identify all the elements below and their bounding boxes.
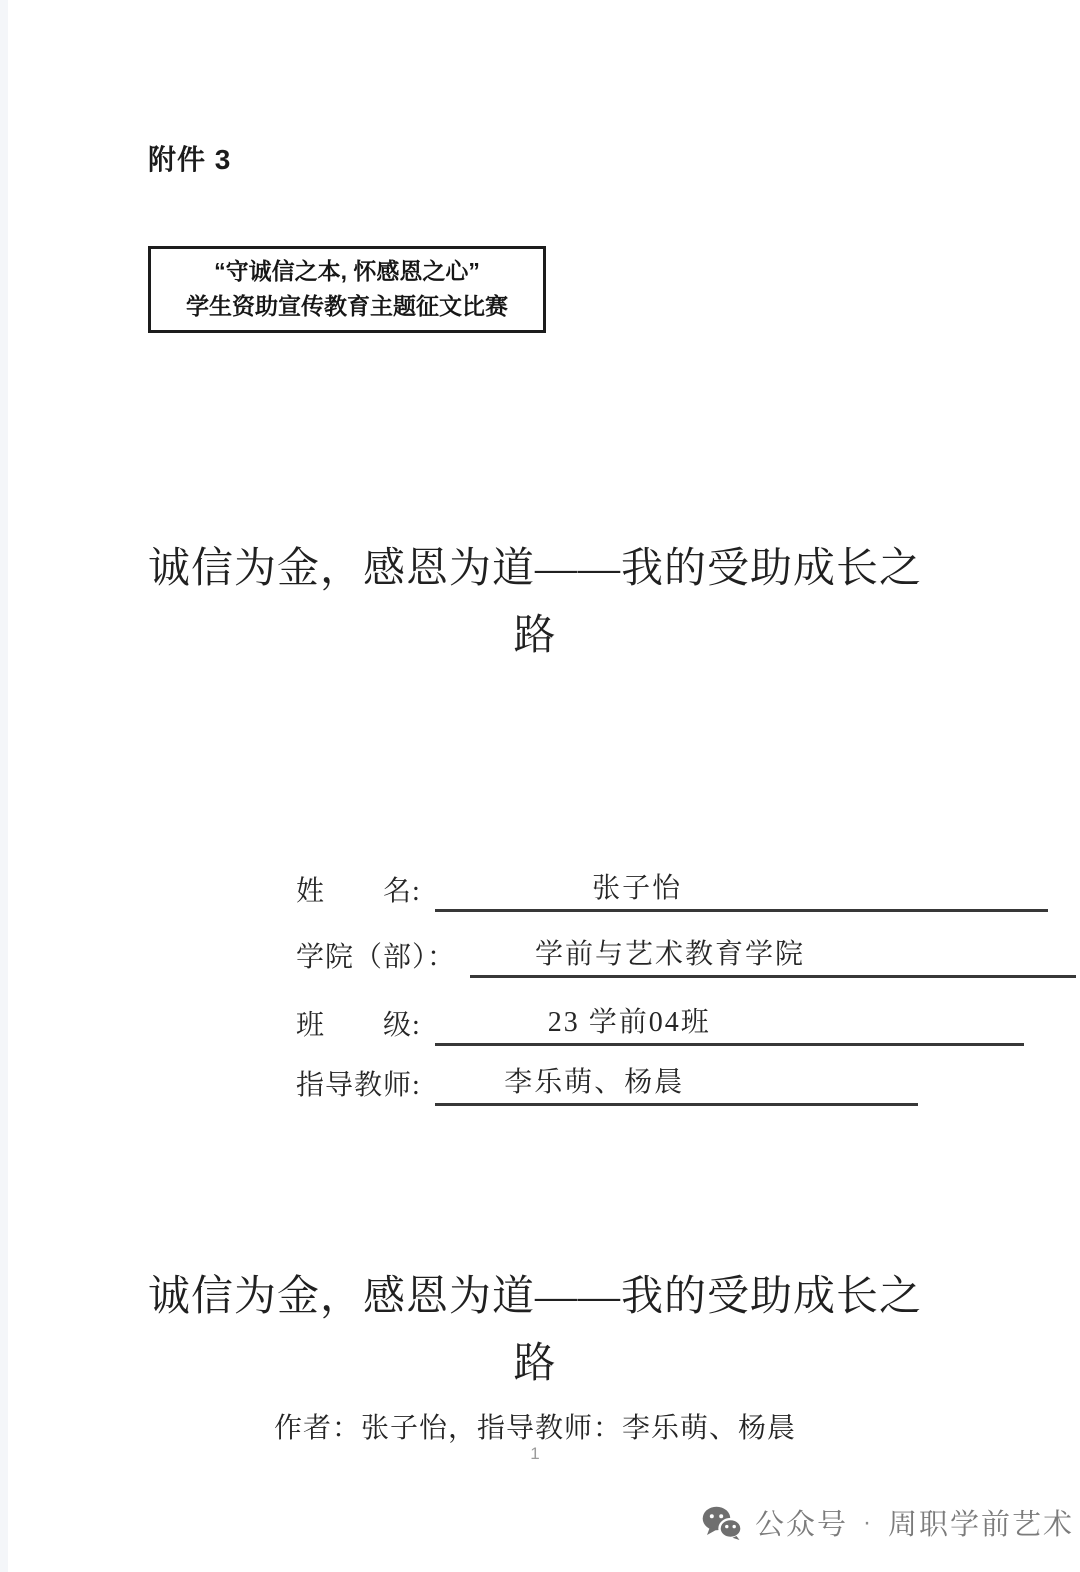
- advisor-label: 指导教师:: [296, 1063, 421, 1106]
- college-underline: 学前与艺术教育学院: [470, 932, 1076, 978]
- form-row-class: 班 级: 23 学前04班: [296, 1002, 1024, 1046]
- college-value: 学前与艺术教育学院: [470, 932, 870, 972]
- wechat-watermark: 公众号 · 周职学前艺术: [702, 1502, 1074, 1543]
- essay-title-line1: 诚信为金，感恩为道——我的受助成长之: [7, 1264, 1063, 1331]
- document-page: 附件 3 “守诚信之本, 怀感恩之心” 学生资助宣传教育主题征文比赛 诚信为金，…: [0, 0, 1080, 1572]
- class-underline: 23 学前04班: [435, 1000, 1024, 1046]
- account-name: 周职学前艺术: [888, 1502, 1074, 1543]
- attachment-label: 附件 3: [148, 138, 231, 178]
- wechat-logo-icon: [702, 1506, 742, 1540]
- name-value: 张子怡: [435, 866, 840, 906]
- competition-slogan: “守诚信之本, 怀感恩之心”: [155, 254, 539, 289]
- essay-title-line2: 路: [7, 1331, 1063, 1398]
- author-line: 作者：张子怡，指导教师：李乐萌、杨晨: [7, 1406, 1063, 1446]
- class-label: 班 级:: [296, 1003, 421, 1046]
- form-row-college: 学院（部）： 学前与艺术教育学院: [296, 934, 1076, 978]
- college-label: 学院（部）：: [296, 935, 456, 978]
- name-label: 姓 名:: [296, 869, 421, 912]
- cover-title: 诚信为金，感恩为道——我的受助成长之 路: [7, 536, 1063, 670]
- platform-label: 公众号: [755, 1502, 848, 1543]
- page-number: 1: [7, 1444, 1063, 1464]
- form-row-advisor: 指导教师: 李乐萌、杨晨: [296, 1062, 918, 1106]
- name-underline: 张子怡: [435, 866, 1048, 912]
- separator-dot: ·: [863, 1509, 873, 1537]
- cover-title-line2: 路: [7, 603, 1063, 670]
- competition-name: 学生资助宣传教育主题征文比赛: [155, 289, 539, 324]
- cover-title-line1: 诚信为金，感恩为道——我的受助成长之: [7, 536, 1063, 603]
- form-row-name: 姓 名: 张子怡: [296, 868, 1048, 912]
- competition-title-box: “守诚信之本, 怀感恩之心” 学生资助宣传教育主题征文比赛: [148, 246, 546, 333]
- advisor-underline: 李乐萌、杨晨: [435, 1060, 918, 1106]
- essay-title: 诚信为金，感恩为道——我的受助成长之 路: [7, 1264, 1063, 1398]
- class-value: 23 学前04班: [435, 1000, 824, 1040]
- advisor-value: 李乐萌、杨晨: [435, 1060, 754, 1100]
